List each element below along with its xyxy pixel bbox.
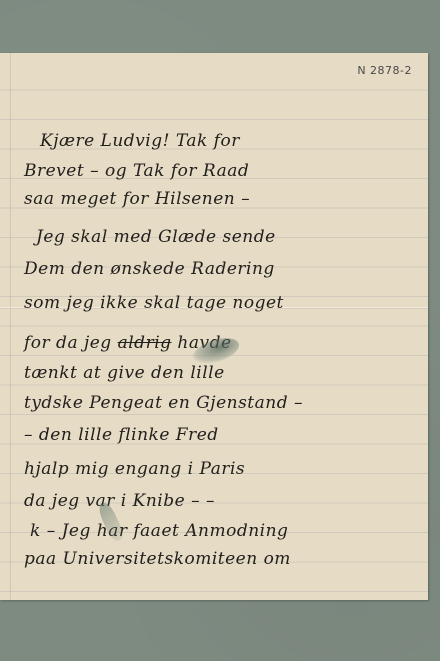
text-line-14: paa Universitetskomiteen om	[24, 549, 291, 569]
text-line-8: tænkt at give den lille	[24, 363, 225, 383]
text-line-12: da jeg var i Knibe – –	[24, 491, 215, 511]
text-line-10: – den lille flinke Fred	[24, 425, 219, 445]
text-line-4: Jeg skal med Glæde sende	[36, 227, 276, 247]
text-line-11: hjalp mig engang i Paris	[24, 459, 245, 479]
catalog-number: N 2878-2	[357, 64, 412, 77]
text-line-13: k – Jeg har faaet Anmodning	[30, 521, 288, 541]
letter-page: N 2878-2 Kjære Ludvig! Tak for Brevet – …	[0, 53, 428, 600]
text-line-5: Dem den ønskede Radering	[24, 259, 275, 279]
struck-word: aldrig	[118, 333, 172, 353]
text-line-9: tydske Pengeat en Gjenstand –	[24, 393, 303, 413]
text-line-1: Kjære Ludvig! Tak for	[40, 131, 240, 151]
text-line-6: som jeg ikke skal tage noget	[24, 293, 284, 313]
text-line-3: saa meget for Hilsenen –	[24, 189, 250, 209]
text-line-2: Brevet – og Tak for Raad	[24, 161, 249, 181]
